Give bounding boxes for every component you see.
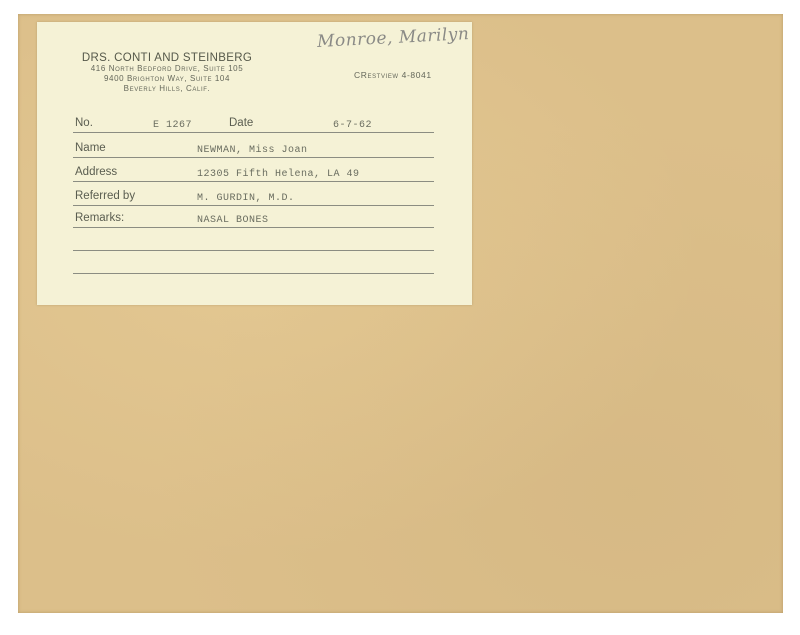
address-value: 12305 Fifth Helena, LA 49 xyxy=(197,169,360,180)
remarks-value: NASAL BONES xyxy=(197,215,269,226)
manila-envelope: Monroe, Marilyn DRS. CONTI AND STEINBERG… xyxy=(18,14,783,613)
row-number-date: No. E 1267 Date 6-7-62 xyxy=(73,112,434,133)
handwritten-patient-name: Monroe, Marilyn xyxy=(317,24,470,52)
blank-line-2 xyxy=(73,253,434,274)
practice-name: DRS. CONTI AND STEINBERG xyxy=(37,52,297,64)
referred-by-label: Referred by xyxy=(75,190,135,202)
practice-address-line-3: Beverly Hills, Calif. xyxy=(37,84,297,94)
blank-line-1 xyxy=(73,230,434,251)
date-value: 6-7-62 xyxy=(333,120,372,131)
name-value: NEWMAN, Miss Joan xyxy=(197,145,308,156)
practice-address-line-1: 416 North Bedford Drive, Suite 105 xyxy=(37,64,297,74)
name-label: Name xyxy=(75,142,106,154)
patient-record-card: Monroe, Marilyn DRS. CONTI AND STEINBERG… xyxy=(37,22,472,305)
practice-phone: CRestview 4-8041 xyxy=(354,70,432,80)
practice-letterhead: DRS. CONTI AND STEINBERG 416 North Bedfo… xyxy=(37,52,297,94)
practice-address-line-2: 9400 Brighton Way, Suite 104 xyxy=(37,74,297,84)
referred-by-value: M. GURDIN, M.D. xyxy=(197,193,295,204)
no-value: E 1267 xyxy=(153,120,192,131)
date-label: Date xyxy=(229,117,253,129)
row-name: Name NEWMAN, Miss Joan xyxy=(73,137,434,158)
row-address: Address 12305 Fifth Helena, LA 49 xyxy=(73,161,434,182)
no-label: No. xyxy=(75,117,93,129)
row-remarks: Remarks: NASAL BONES xyxy=(73,207,434,228)
remarks-label: Remarks: xyxy=(75,212,124,224)
row-referred-by: Referred by M. GURDIN, M.D. xyxy=(73,185,434,206)
address-label: Address xyxy=(75,166,117,178)
